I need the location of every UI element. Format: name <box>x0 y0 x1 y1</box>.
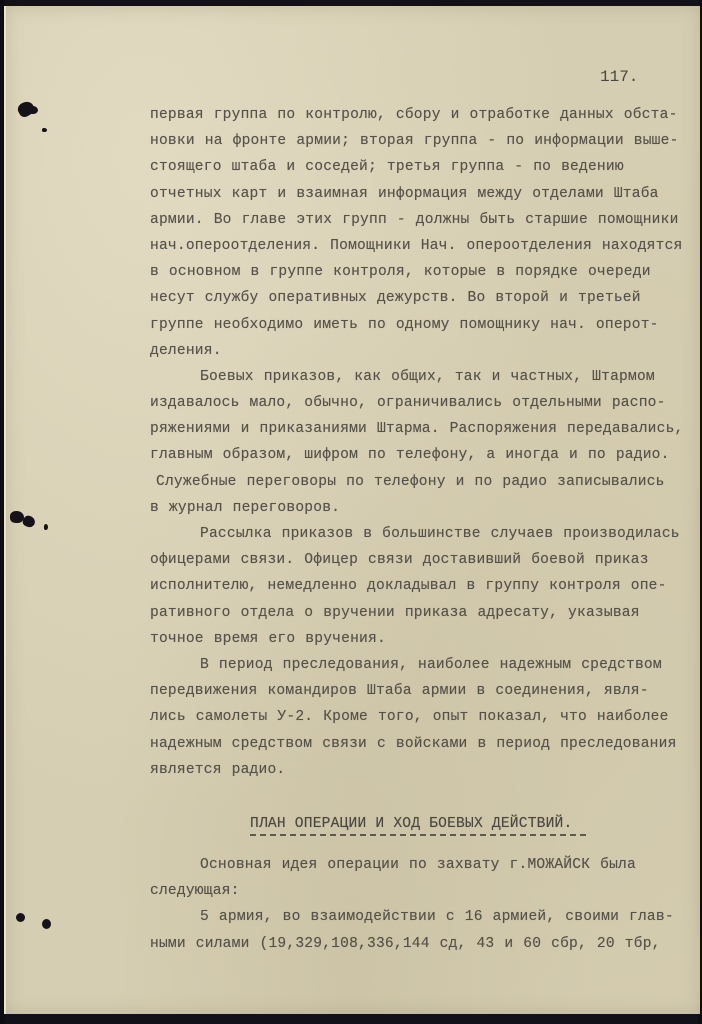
text-line: следующая: <box>150 878 698 904</box>
text-line: точное время его вручения. <box>150 626 698 652</box>
text-line: исполнителю, немедленно докладывал в гру… <box>150 573 698 599</box>
text-line: главным образом, шифром по телефону, а и… <box>150 442 698 468</box>
paragraph-start-line: В период преследования, наиболее надежны… <box>150 652 698 678</box>
punch-hole-icon <box>28 106 38 114</box>
body-text-lower: Основная идея операции по захвату г.МОЖА… <box>150 852 698 957</box>
text-line: деления. <box>150 338 698 364</box>
section-heading: ПЛАН ОПЕРАЦИИ И ХОД БОЕВЫХ ДЕЙСТВИЙ. <box>250 816 610 832</box>
punch-hole-icon <box>21 514 36 528</box>
paragraph-start-line: 5 армия, во взаимодействии с 16 армией, … <box>150 904 698 930</box>
text-line: нач.опероотделения. Помощники Нач. оперо… <box>150 233 698 259</box>
text-line: лись самолеты У-2. Кроме того, опыт пока… <box>150 704 698 730</box>
text-line: офицерами связи. Офицер связи доставивши… <box>150 547 698 573</box>
punch-hole-icon <box>16 913 25 922</box>
text-line: стоящего штаба и соседей; третья группа … <box>150 154 698 180</box>
paragraph-start-line: Служебные переговоры по телефону и по ра… <box>150 469 698 495</box>
text-line: ряжениями и приказаниями Штарма. Распоря… <box>150 416 698 442</box>
text-line: ными силами (19,329,108,336,144 сд, 43 и… <box>150 931 698 957</box>
punch-hole-icon <box>44 524 48 530</box>
text-line: армии. Во главе этих групп - должны быть… <box>150 207 698 233</box>
text-line: отчетных карт и взаимная информация межд… <box>150 181 698 207</box>
heading-dashed-underline <box>250 834 586 836</box>
section-heading-block: ПЛАН ОПЕРАЦИИ И ХОД БОЕВЫХ ДЕЙСТВИЙ. <box>250 816 610 836</box>
text-line: несут службу оперативных дежурств. Во вт… <box>150 285 698 311</box>
text-line: издавалось мало, обычно, ограничивались … <box>150 390 698 416</box>
body-text-upper: первая группа по контролю, сбору и отраб… <box>150 102 698 783</box>
paragraph-start-line: Рассылка приказов в большинстве случаев … <box>150 521 698 547</box>
text-line: первая группа по контролю, сбору и отраб… <box>150 102 698 128</box>
text-line: является радио. <box>150 757 698 783</box>
paragraph-start-line: Основная идея операции по захвату г.МОЖА… <box>150 852 698 878</box>
paragraph-start-line: Боевых приказов, как общих, так и частны… <box>150 364 698 390</box>
text-line: в основном в группе контроля, которые в … <box>150 259 698 285</box>
punch-hole-icon <box>42 128 47 132</box>
page-number: 117. <box>600 68 638 86</box>
text-line: надежным средством связи с войсками в пе… <box>150 731 698 757</box>
text-line: в журнал переговоров. <box>150 495 698 521</box>
punch-hole-icon <box>42 919 51 929</box>
text-line: новки на фронте армии; вторая группа - п… <box>150 128 698 154</box>
text-line: ративного отдела о вручении приказа адре… <box>150 600 698 626</box>
text-line: группе необходимо иметь по одному помощн… <box>150 312 698 338</box>
text-line: передвижения командиров Штаба армии в со… <box>150 678 698 704</box>
